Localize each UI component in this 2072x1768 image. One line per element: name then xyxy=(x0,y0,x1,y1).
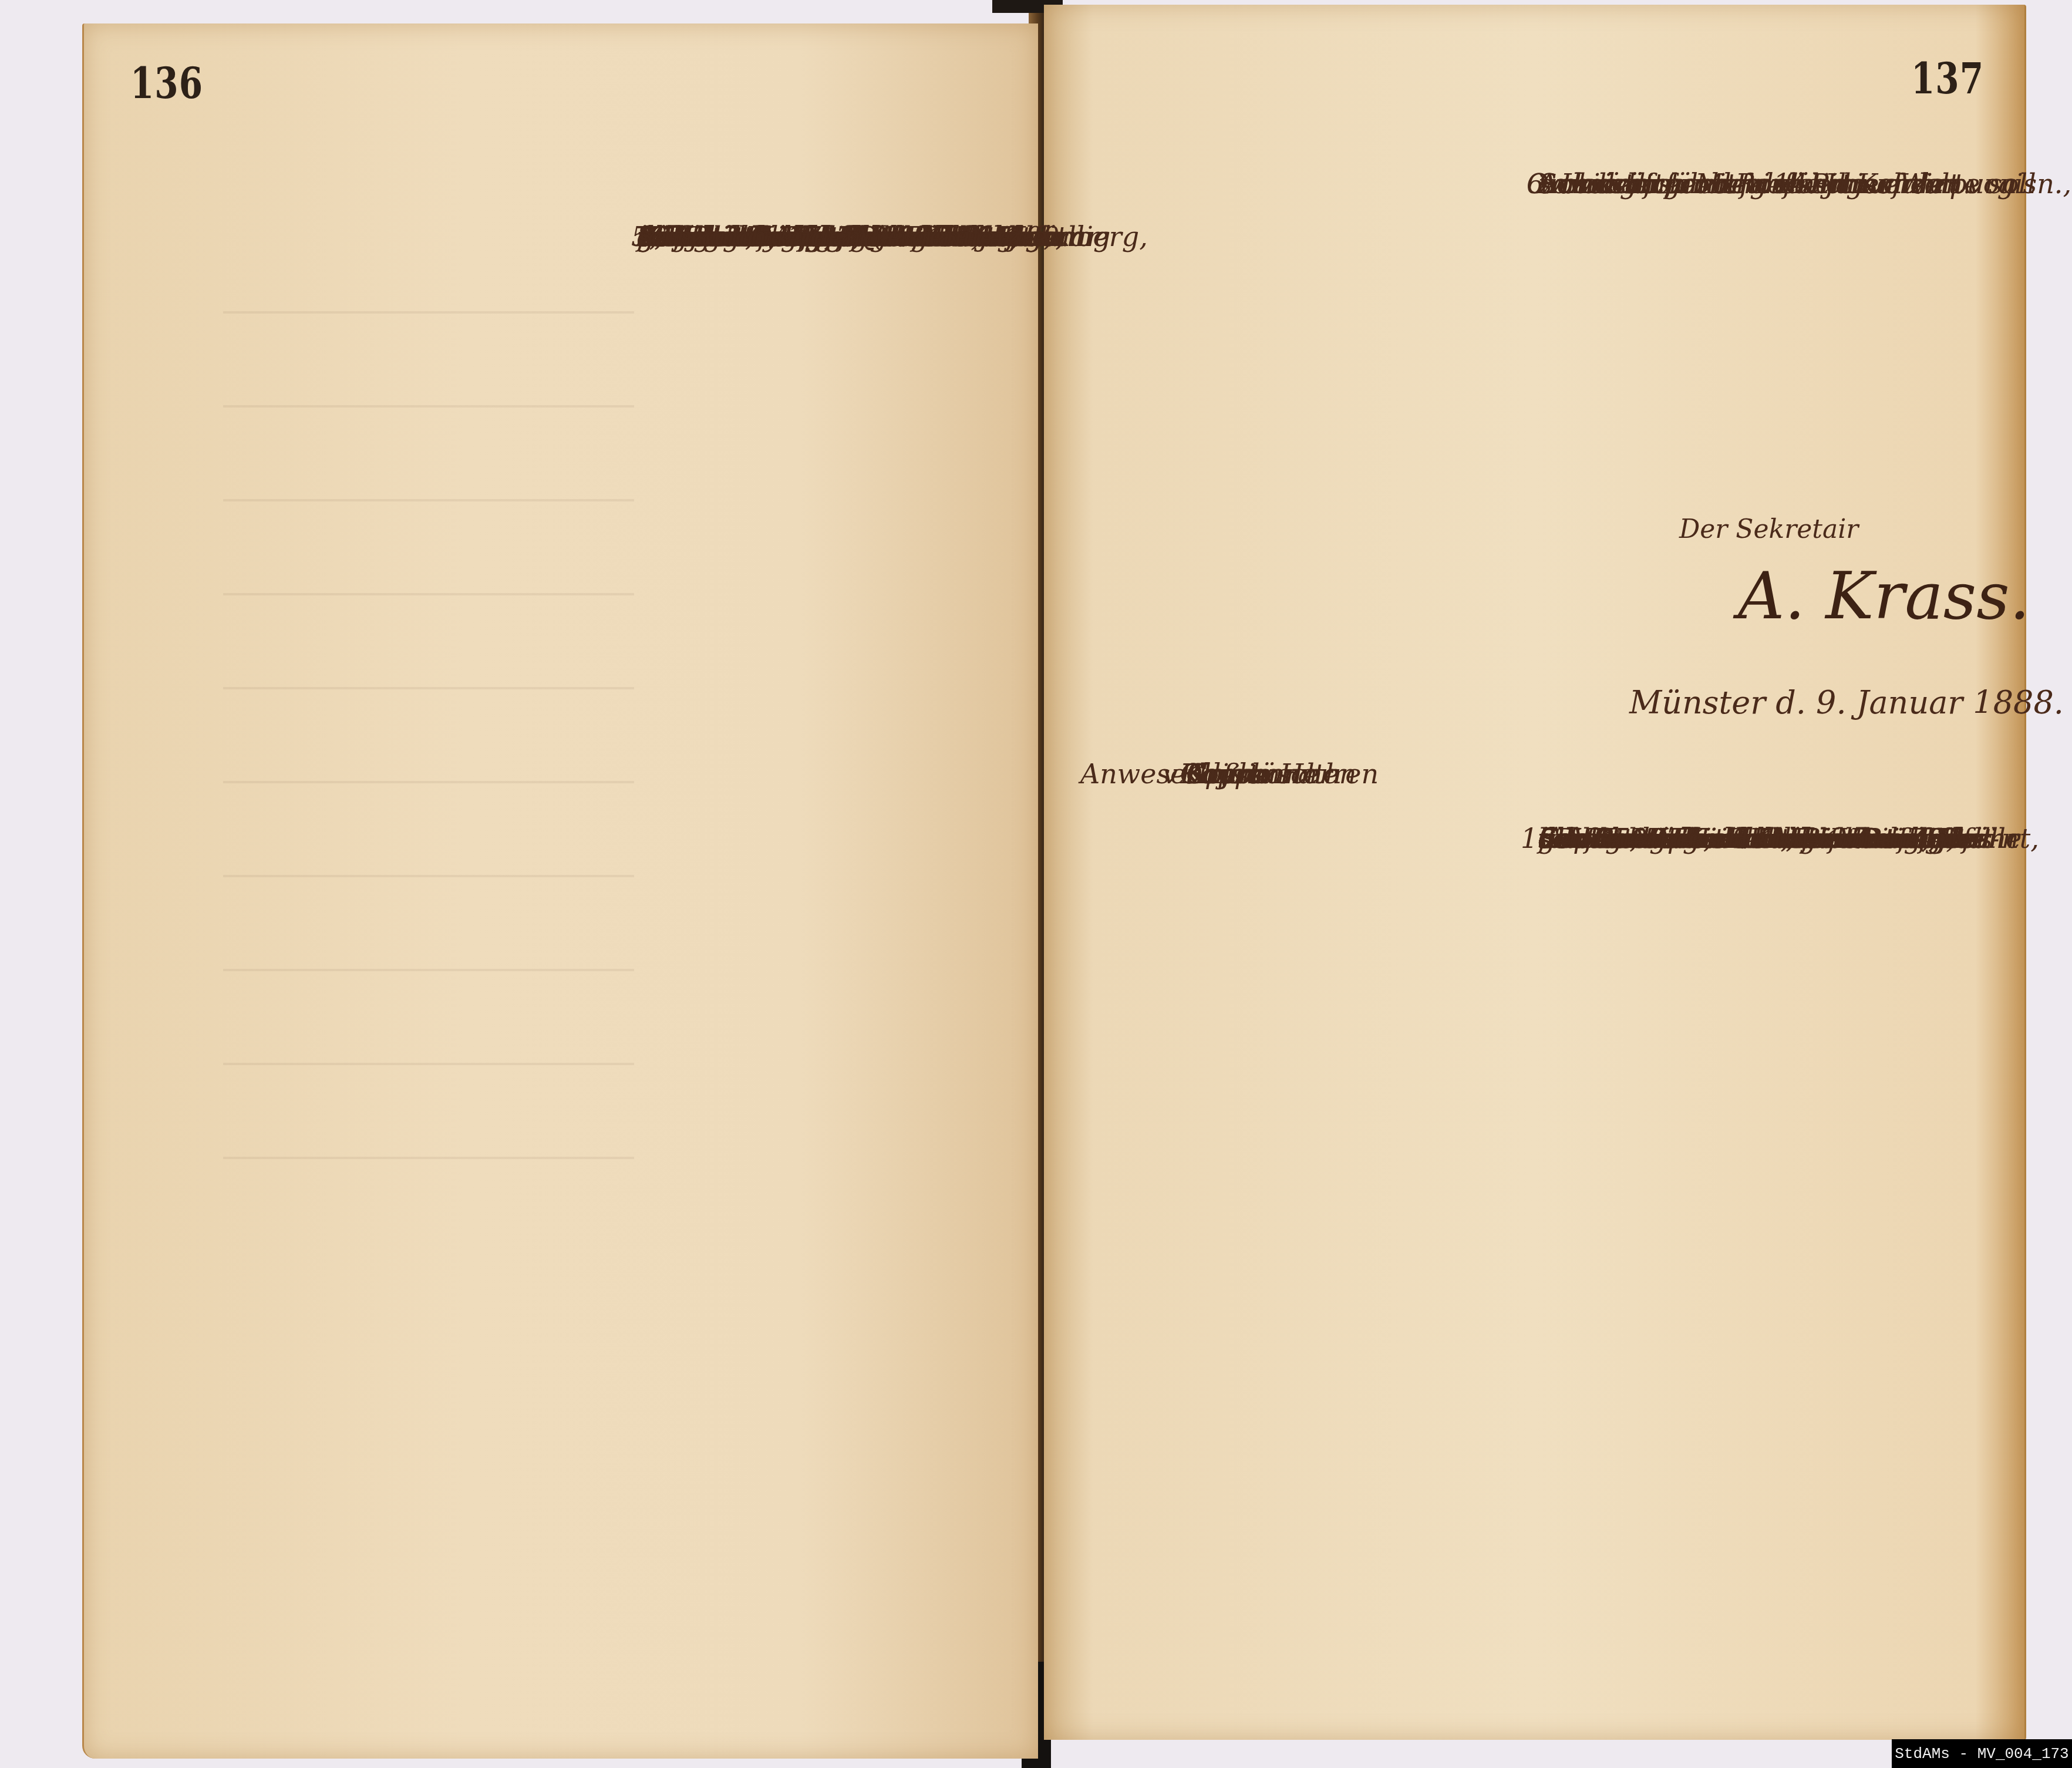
text-line: Solokräften aufgeführt werden. xyxy=(1538,170,1972,197)
right-page-number: 137 xyxy=(1911,54,1984,104)
archive-reference-label: StdAMs - MV_004_173 xyxy=(1892,1739,2072,1768)
text-line: sein auch in den beiden letzten xyxy=(637,223,1065,250)
secretary-label: Der Sekretair xyxy=(1679,517,1858,543)
bleed-through-ink xyxy=(223,247,634,1245)
attendee-name: Grimm. xyxy=(1186,760,1289,787)
text-line: vertreter des Herrn Kollmann). xyxy=(1538,825,1966,852)
meeting-date: Münster d. 9. Januar 1888. xyxy=(1629,687,2064,719)
right-page xyxy=(1044,5,2026,1740)
secretary-signature: A. Krass. xyxy=(1738,564,2030,628)
left-page-number: 136 xyxy=(130,59,203,109)
